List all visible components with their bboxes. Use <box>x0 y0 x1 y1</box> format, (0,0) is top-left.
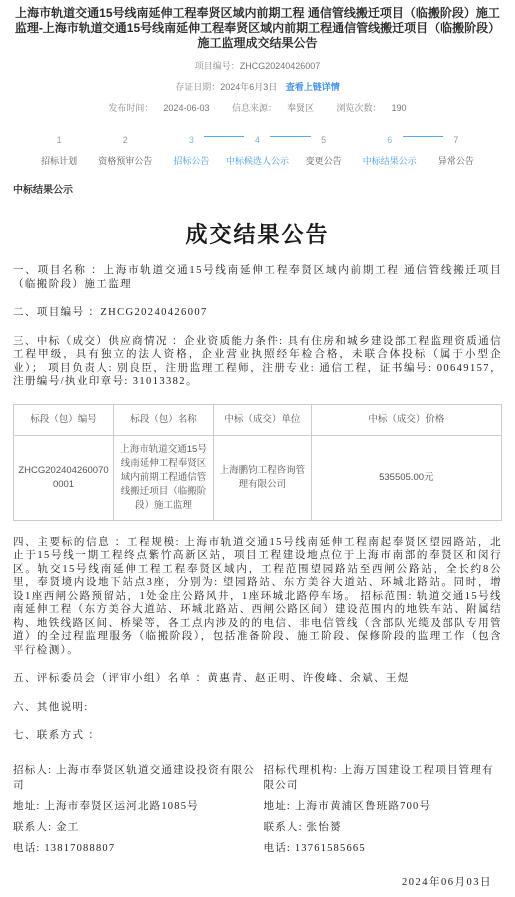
deposit-date-row: 存证日期：2024年6月3日 查看上链详情 <box>0 80 515 93</box>
stepper-step-abnormal-notice[interactable]: 7 异常公告 <box>423 130 489 167</box>
table-row: ZHCG2024042600700001 上海市轨道交通15号线南延伸工程奉贤区… <box>14 435 502 520</box>
announcement-content: 一、项目名称 ：上海市轨道交通15号线南延伸工程奉贤区域内前期工程 通信管线搬迁… <box>0 264 515 897</box>
tenderer-person-line: 联系人: 金工 <box>13 820 258 835</box>
view-chain-detail-link[interactable]: 查看上链详情 <box>286 82 340 92</box>
step-label: 招标计划 <box>26 154 92 167</box>
announcement-page: 上海市轨道交通15号线南延伸工程奉贤区域内前期工程 通信管线搬迁项目（临搬阶段）… <box>0 0 515 897</box>
para-project-name: 一、项目名称 ：上海市轨道交通15号线南延伸工程奉贤区域内前期工程 通信管线搬迁… <box>13 264 502 291</box>
publish-time: 发布时间：2024-06-03 <box>103 103 214 113</box>
col-header-package-number: 标段（包）编号 <box>14 404 114 435</box>
step-label: 资格预审公告 <box>92 154 158 167</box>
step-number: 1 <box>57 134 62 146</box>
para-evaluation-committee: 五、评标委员会（评审小组）名单 ：黄惠青、赵正明、许俊峰、余斌、王煜 <box>13 672 502 686</box>
step-label: 中标候选人公示 <box>224 154 290 167</box>
col-header-winning-price: 中标（成交）价格 <box>311 404 501 435</box>
info-source: 信息来源：奉贤区 <box>227 103 319 113</box>
deposit-date-label: 存证日期： <box>175 82 220 92</box>
step-label: 变更公告 <box>291 154 357 167</box>
cell-winning-price: 535505.00元 <box>311 435 501 520</box>
agency-name-line: 招标代理机构: 上海万国建设工程项目管理有限公司 <box>264 763 503 793</box>
tenderer-phone-line: 电话: 13817088807 <box>13 841 258 856</box>
para-other-notes: 六、其他说明: <box>13 701 502 715</box>
project-number-row: 项目编号：ZHCG20240426007 <box>0 59 515 72</box>
project-number-label: 项目编号： <box>195 61 240 71</box>
publish-info-row: 发布时间：2024-06-03 信息来源：奉贤区 浏览次数：190 <box>0 101 515 114</box>
bid-result-table: 标段（包）编号 标段（包）名称 中标（成交）单位 中标（成交）价格 ZHCG20… <box>13 404 502 521</box>
stepper-step-tender-plan[interactable]: 1 招标计划 <box>26 130 92 167</box>
step-number: 2 <box>123 134 128 146</box>
deposit-date-value: 2024年6月3日 <box>220 82 277 92</box>
para-project-number: 二、项目编号 ：ZHCG20240426007 <box>13 306 502 320</box>
step-number: 5 <box>321 134 326 146</box>
page-title: 上海市轨道交通15号线南延伸工程奉贤区域内前期工程 通信管线搬迁项目（临搬阶段）… <box>0 6 515 51</box>
contact-columns: 招标人: 上海市奉贤区轨道交通建设投资有限公司 地址: 上海市奉贤区运河北路10… <box>13 757 502 856</box>
cell-package-name: 上海市轨道交通15号线南延伸工程奉贤区域内前期工程通信管线搬迁项目（临搬阶段）施… <box>114 435 214 520</box>
agency-address-line: 地址: 上海市黄浦区鲁班路700号 <box>264 799 503 814</box>
stepper-step-tender-notice[interactable]: 3 招标公告 <box>158 130 224 167</box>
cell-package-number: ZHCG2024042600700001 <box>14 435 114 520</box>
tenderer-name-line: 招标人: 上海市奉贤区轨道交通建设投资有限公司 <box>13 763 258 793</box>
agency-person-line: 联系人: 张怡赟 <box>264 820 503 835</box>
para-winning-supplier: 三、中标（成交）供应商情况 ：企业资质能力条件: 具有住房和城乡建设部工程监理资… <box>13 335 502 389</box>
current-section-label: 中标结果公示 <box>0 181 515 196</box>
cell-winning-unit: 上海鹏钧工程咨询管理有限公司 <box>214 435 312 520</box>
project-number-value: ZHCG20240426007 <box>240 61 321 71</box>
process-stepper: 1 招标计划 2 资格预审公告 3 招标公告 4 中标候选人公示 5 变更公告 … <box>0 130 515 167</box>
step-label: 异常公告 <box>423 154 489 167</box>
announcement-title: 成交结果公告 <box>0 218 515 249</box>
para-subject-info: 四、主要标的信息 ：工程规模: 上海市轨道交通15号线南延伸工程南起奉贤区望园路… <box>13 536 502 658</box>
table-header-row: 标段（包）编号 标段（包）名称 中标（成交）单位 中标（成交）价格 <box>14 404 502 435</box>
view-count: 浏览次数：190 <box>332 103 412 113</box>
step-label: 招标公告 <box>158 154 224 167</box>
step-label: 中标结果公示 <box>357 154 423 167</box>
stepper-step-result-publicity[interactable]: 6 中标结果公示 <box>357 130 423 167</box>
step-number: 3 <box>189 134 194 146</box>
stepper-step-prequalification[interactable]: 2 资格预审公告 <box>92 130 158 167</box>
col-header-package-name: 标段（包）名称 <box>114 404 214 435</box>
stepper-step-candidate-publicity[interactable]: 4 中标候选人公示 <box>224 130 290 167</box>
para-contact-heading: 七、联系方式 ： <box>13 729 502 743</box>
step-number: 7 <box>453 134 458 146</box>
tenderer-contact-block: 招标人: 上海市奉贤区轨道交通建设投资有限公司 地址: 上海市奉贤区运河北路10… <box>13 757 258 856</box>
col-header-winning-unit: 中标（成交）单位 <box>214 404 312 435</box>
agency-phone-line: 电话: 13761585665 <box>264 841 503 856</box>
agency-contact-block: 招标代理机构: 上海万国建设工程项目管理有限公司 地址: 上海市黄浦区鲁班路70… <box>258 757 503 856</box>
tenderer-address-line: 地址: 上海市奉贤区运河北路1085号 <box>13 799 258 814</box>
document-date: 2024年06月03日 <box>13 874 502 897</box>
step-number: 6 <box>387 134 392 146</box>
step-number: 4 <box>255 134 260 146</box>
stepper-step-change-notice[interactable]: 5 变更公告 <box>291 130 357 167</box>
